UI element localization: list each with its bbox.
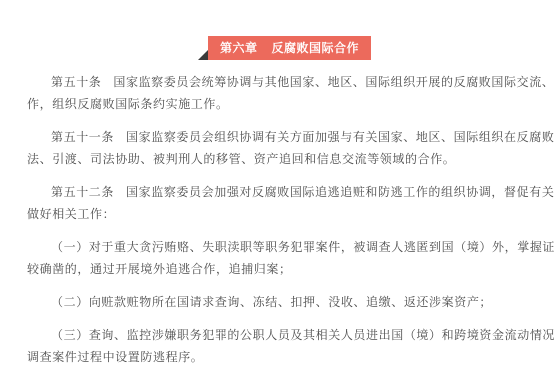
item-text: 调查案件过程中设置防逃程序。 — [27, 346, 529, 368]
chapter-title: 反腐败国际合作 — [272, 41, 360, 55]
list-item-1: （一）对于重大贪污贿赂、失职渎职等职务犯罪案件，被调查人逃匿到国（境）外，掌握证… — [27, 236, 529, 280]
chapter-banner: 第六章反腐败国际合作 — [208, 36, 371, 60]
list-item-3: （三）查询、监控涉嫌职务犯罪的公职人员及其相关人员进出国（境）和跨境资金流动情况… — [27, 324, 529, 368]
item-text: 对于重大贪污贿赂、失职渎职等职务犯罪案件，被调查人逃匿到国（境）外，掌握证据比 — [89, 240, 554, 254]
item-text: 查询、监控涉嫌职务犯罪的公职人员及其相关人员进出国（境）和跨境资金流动情况，在 — [89, 328, 554, 342]
article-number: 第五十一条 — [51, 130, 114, 144]
article-50: 第五十条国家监察委员会统筹协调与其他国家、地区、国际组织开展的反腐败国际交流、合… — [27, 71, 529, 115]
article-51: 第五十一条国家监察委员会组织协调有关方面加强与有关国家、地区、国际组织在反腐败执… — [27, 126, 529, 170]
banner-fold-decoration — [198, 50, 208, 60]
article-number: 第五十二条 — [51, 185, 114, 199]
document-body: 第五十条国家监察委员会统筹协调与其他国家、地区、国际组织开展的反腐败国际交流、合… — [27, 71, 529, 368]
chapter-number: 第六章 — [220, 41, 258, 55]
item-label: （三） — [51, 328, 89, 342]
item-text: 较确凿的，通过开展境外追逃合作，追捕归案； — [27, 258, 529, 280]
article-number: 第五十条 — [51, 75, 101, 89]
article-text: 作，组织反腐败国际条约实施工作。 — [27, 93, 529, 115]
article-text: 国家监察委员会加强对反腐败国际追逃追赃和防逃工作的组织协调，督促有关单位 — [126, 185, 554, 199]
list-item-2: （二）向赃款赃物所在国请求查询、冻结、扣押、没收、追缴、返还涉案资产； — [27, 291, 529, 313]
article-52: 第五十二条国家监察委员会加强对反腐败国际追逃追赃和防逃工作的组织协调，督促有关单… — [27, 181, 529, 225]
item-label: （二） — [51, 295, 89, 309]
item-label: （一） — [51, 240, 89, 254]
article-text: 国家监察委员会组织协调有关方面加强与有关国家、地区、国际组织在反腐败执 — [126, 130, 554, 144]
item-text: 向赃款赃物所在国请求查询、冻结、扣押、没收、追缴、返还涉案资产； — [89, 295, 492, 309]
article-text: 国家监察委员会统筹协调与其他国家、地区、国际组织开展的反腐败国际交流、合 — [113, 75, 554, 89]
article-text: 做好相关工作： — [27, 203, 529, 225]
article-text: 法、引渡、司法协助、被判刑人的移管、资产追回和信息交流等领域的合作。 — [27, 148, 529, 170]
